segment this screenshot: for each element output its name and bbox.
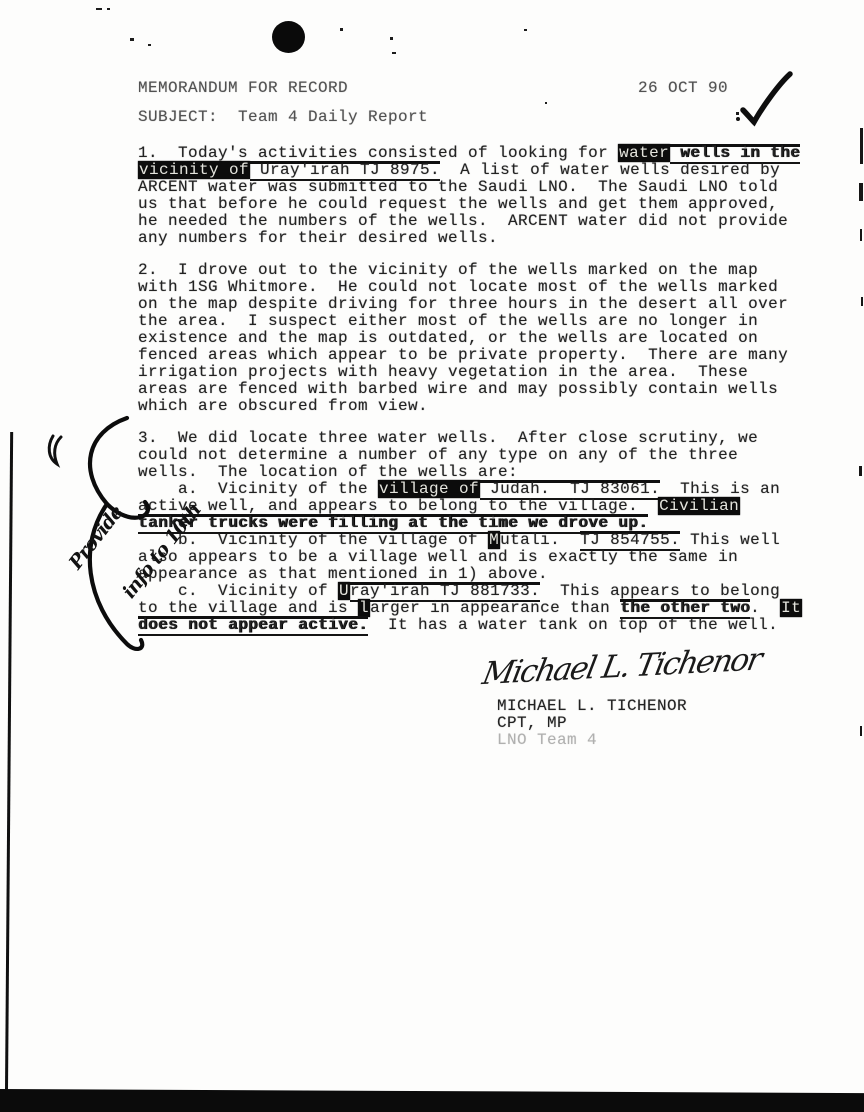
hole-punch-mark xyxy=(272,21,305,53)
memo-line: appearance as that mentioned in 1) above… xyxy=(138,566,828,583)
subject-line: SUBJECT: Team 4 Daily Report xyxy=(138,109,428,126)
text-segment: also appears to be a village well and is… xyxy=(138,548,738,566)
memo-line: any numbers for their desired wells. xyxy=(138,230,828,247)
text-segment: ARCENT water was submitted to the Saudi … xyxy=(138,178,778,196)
memo-line: a. Vicinity of the village of Judah. TJ … xyxy=(138,481,828,498)
highlighted-text-segment: Civilian xyxy=(658,497,740,515)
scan-left-border xyxy=(5,432,13,1090)
memo-line: he needed the numbers of the wells. ARCE… xyxy=(138,213,828,230)
text-segment: areas are fenced with barbed wire and ma… xyxy=(138,380,778,398)
signature-name: MICHAEL L. TICHENOR xyxy=(497,698,687,715)
highlighted-text-segment: M xyxy=(488,531,500,549)
highlighted-text-segment: l xyxy=(358,599,370,617)
highlighted-text-segment: vicinity of xyxy=(138,161,250,179)
memo-line: existence and the map is outdated, or th… xyxy=(138,330,828,347)
scan-speck xyxy=(340,28,343,31)
memo-line: the area. I suspect either most of the w… xyxy=(138,313,828,330)
highlighted-text-segment: village of xyxy=(378,480,480,498)
scan-speck xyxy=(96,8,102,10)
memo-page: MEMORANDUM FOR RECORD 26 OCT 90 SUBJECT:… xyxy=(0,0,864,1112)
memo-paragraph: 3. We did locate three water wells. Afte… xyxy=(138,430,828,634)
scan-speck xyxy=(107,8,110,10)
memo-line: on the map despite driving for three hou… xyxy=(138,296,828,313)
highlighted-text-segment: Judah. TJ 83061. xyxy=(480,480,660,498)
text-segment: This well xyxy=(680,531,780,549)
scan-edge-mark xyxy=(861,297,863,306)
memo-line: irrigation projects with heavy vegetatio… xyxy=(138,364,828,381)
memo-body: 1. Today's activities consisted of looki… xyxy=(138,145,828,649)
memo-line: vicinity of Uray'irah TJ 8975. A list of… xyxy=(138,162,828,179)
scan-edge-mark xyxy=(859,183,863,201)
memo-line: wells. The location of the wells are: xyxy=(138,464,828,481)
highlighted-text-segment: water xyxy=(618,144,670,162)
memo-paragraph: 2. I drove out to the vicinity of the we… xyxy=(138,262,828,415)
memo-line: 2. I drove out to the vicinity of the we… xyxy=(138,262,828,279)
scan-bottom-border xyxy=(0,1089,864,1112)
text-segment: irrigation projects with heavy vegetatio… xyxy=(138,363,748,381)
text-segment: could not determine a number of any type… xyxy=(138,446,738,464)
margin-note-line2: info to 10th xyxy=(113,500,205,610)
highlighted-text-segment: Uray'irah TJ 8975. xyxy=(250,161,440,179)
text-segment: active well, and appears to belong to th… xyxy=(138,497,658,515)
highlighted-text-segment: the other two xyxy=(620,599,750,617)
memo-line: does not appear active. It has a water t… xyxy=(138,617,828,634)
signature-rank: CPT, MP xyxy=(497,715,567,732)
highlighted-text-segment: It xyxy=(780,599,802,617)
scan-edge-mark xyxy=(859,466,862,476)
scan-speck xyxy=(390,37,393,40)
text-segment: This is an xyxy=(660,480,780,498)
memo-line: b. Vicinity of the village of Mutali. TJ… xyxy=(138,532,828,549)
scan-speck xyxy=(392,52,396,54)
scan-edge-mark xyxy=(860,128,863,164)
memo-line: 1. Today's activities consisted of looki… xyxy=(138,145,828,162)
memo-paragraph: 1. Today's activities consisted of looki… xyxy=(138,145,828,247)
scan-speck xyxy=(524,29,527,31)
signature-unit: LNO Team 4 xyxy=(497,732,597,749)
text-segment: the area. I suspect either most of the w… xyxy=(138,312,758,330)
checkmark-icon xyxy=(733,70,795,128)
text-segment: existence and the map is outdated, or th… xyxy=(138,329,758,347)
highlighted-text-segment: ray'irah TJ 881733. xyxy=(350,582,540,600)
memo-line: c. Vicinity of Uray'irah TJ 881733. This… xyxy=(138,583,828,600)
text-segment: arger in appearance than xyxy=(370,599,620,617)
text-segment: A list of water wells desired by xyxy=(440,161,780,179)
text-segment: . xyxy=(750,599,780,617)
memo-line: ARCENT water was submitted to the Saudi … xyxy=(138,179,828,196)
highlighted-text-segment: TJ 854755. xyxy=(580,531,680,549)
text-segment: with 1SG Whitmore. He could not locate m… xyxy=(138,278,778,296)
scan-edge-mark xyxy=(860,229,862,241)
memo-title: MEMORANDUM FOR RECORD xyxy=(138,80,348,97)
text-segment: he needed the numbers of the wells. ARCE… xyxy=(138,212,788,230)
text-segment: utali. xyxy=(500,531,580,549)
highlighted-text-segment: wells in the xyxy=(670,144,800,162)
subject-label: SUBJECT: xyxy=(138,108,218,126)
scan-speck xyxy=(148,44,151,46)
text-segment: 1. Today's activities consisted of looki… xyxy=(138,144,618,162)
memo-line: areas are fenced with barbed wire and ma… xyxy=(138,381,828,398)
text-segment: 2. I drove out to the vicinity of the we… xyxy=(138,261,758,279)
scan-edge-mark xyxy=(860,726,862,736)
text-segment: This appears to belong xyxy=(540,582,780,600)
memo-line: tanker trucks were filling at the time w… xyxy=(138,515,828,532)
memo-line: with 1SG Whitmore. He could not locate m… xyxy=(138,279,828,296)
text-segment: wells. The location of the wells are: xyxy=(138,463,518,481)
text-segment: 3. We did locate three water wells. Afte… xyxy=(138,429,758,447)
memo-date: 26 OCT 90 xyxy=(638,80,728,97)
highlighted-text-segment: U xyxy=(338,582,350,600)
memo-line: 3. We did locate three water wells. Afte… xyxy=(138,430,828,447)
text-segment: any numbers for their desired wells. xyxy=(138,229,498,247)
memo-line: fenced areas which appear to be private … xyxy=(138,347,828,364)
text-segment: us that before he could request the well… xyxy=(138,195,778,213)
text-segment: fenced areas which appear to be private … xyxy=(138,346,788,364)
memo-line: also appears to be a village well and is… xyxy=(138,549,828,566)
memo-line: to the village and is larger in appearan… xyxy=(138,600,828,617)
subject-value: Team 4 Daily Report xyxy=(238,108,428,126)
text-segment: on the map despite driving for three hou… xyxy=(138,295,788,313)
scan-speck xyxy=(545,102,547,104)
scan-speck xyxy=(130,38,134,41)
memo-line: could not determine a number of any type… xyxy=(138,447,828,464)
memo-line: active well, and appears to belong to th… xyxy=(138,498,828,515)
memo-line: us that before he could request the well… xyxy=(138,196,828,213)
subject-spacer xyxy=(218,108,238,126)
memo-line: which are obscured from view. xyxy=(138,398,828,415)
text-segment: It has a water tank on top of the well. xyxy=(368,616,778,634)
